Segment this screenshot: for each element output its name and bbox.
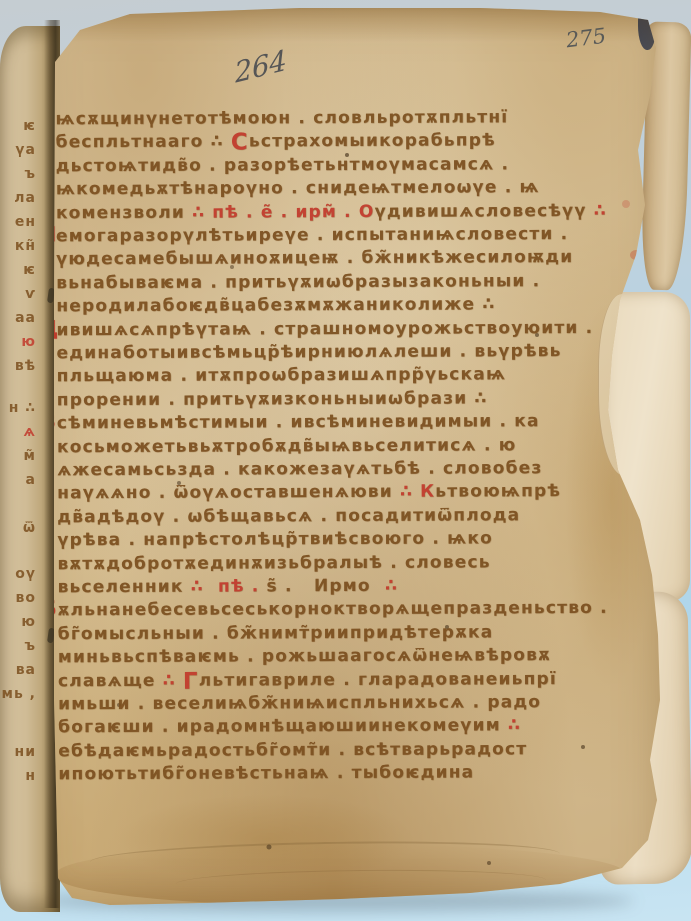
facing-page-text-fragment: м̃ [0,448,36,464]
facing-page-text-fragment: ъ [0,166,36,182]
facing-page-text-fragment: ни [0,744,36,760]
facing-page-text-fragment: н [0,768,36,784]
facing-page-text-fragment: мь , [0,686,36,702]
ink-specks [26,4,28,6]
facing-page-text-fragment: ъ [0,638,36,654]
facing-page-text-fragment: ѥ [0,262,36,278]
manuscript-page: 264 275 ѩсѫщинүнетотѣмоюн . словльротѫпл… [26,4,668,916]
facing-page-text-fragment: во [0,590,36,606]
facing-page-text-fragment: ва [0,662,36,678]
facing-page-text-fragment: кн̃ [0,238,36,254]
facing-page-text-fragment: ю [0,614,36,630]
facing-page-text-fragment: н ∴ [0,400,36,416]
facing-page-text-fragment: а [0,472,36,488]
facing-page-text-fragment: үа [0,142,36,158]
facing-page-text-fragment: ла [0,190,36,206]
page-vignette [26,4,668,916]
facing-page-text-fragment: ѿ [0,520,36,536]
facing-page-text-fragment: ѧ [0,424,36,440]
facing-page-text-fragment: ѥ [0,118,36,134]
facing-page-text-fragment: аа [0,310,36,326]
facing-page-text-fragment: ѵ [0,286,36,302]
facing-page-text-fragment: оү [0,566,36,582]
facing-page-text-fragment: ен [0,214,36,230]
facing-page-text-fragment: вѣ [0,358,36,374]
facing-page-text-fragment: ю [0,334,36,350]
